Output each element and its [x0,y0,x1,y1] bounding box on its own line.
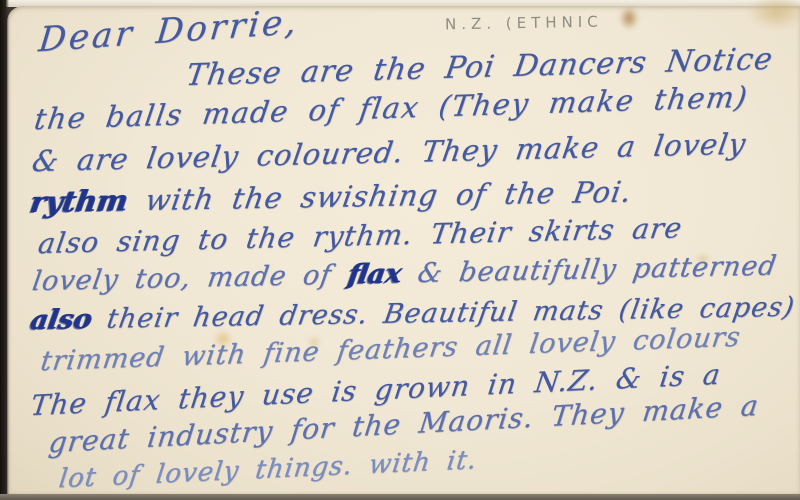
stain [619,6,639,30]
handwritten-line: the balls made of flax (They make them) [32,80,750,137]
line-text: the balls made of flax (They make them) [32,80,750,137]
overwritten-word: flax [346,258,404,290]
line-text: & beautifully patterned [399,250,779,289]
postcard: N.Z. (ETHNIC Dear Dorrie, These are the … [7,6,800,494]
pencil-annotation: N.Z. (ETHNIC [445,13,603,34]
handwritten-line: rythm with the swishing of the Poi. [28,175,635,220]
overwritten-word: also [28,304,94,336]
photo-bottom-border [0,494,800,500]
line-text: also sing to the rythm. Their skirts are [36,211,685,260]
line-text: & are lovely coloured. They make a lovel… [30,127,749,179]
line-text: with the swishing of the Poi. [125,175,635,218]
line-text: lovely too, made of [30,259,350,297]
overwritten-word: rythm [28,183,131,219]
handwritten-line: also sing to the rythm. Their skirts are [36,211,685,260]
photo-left-border [0,0,9,500]
salutation: Dear Dorrie, [37,2,301,61]
handwritten-line: & are lovely coloured. They make a lovel… [30,127,749,179]
